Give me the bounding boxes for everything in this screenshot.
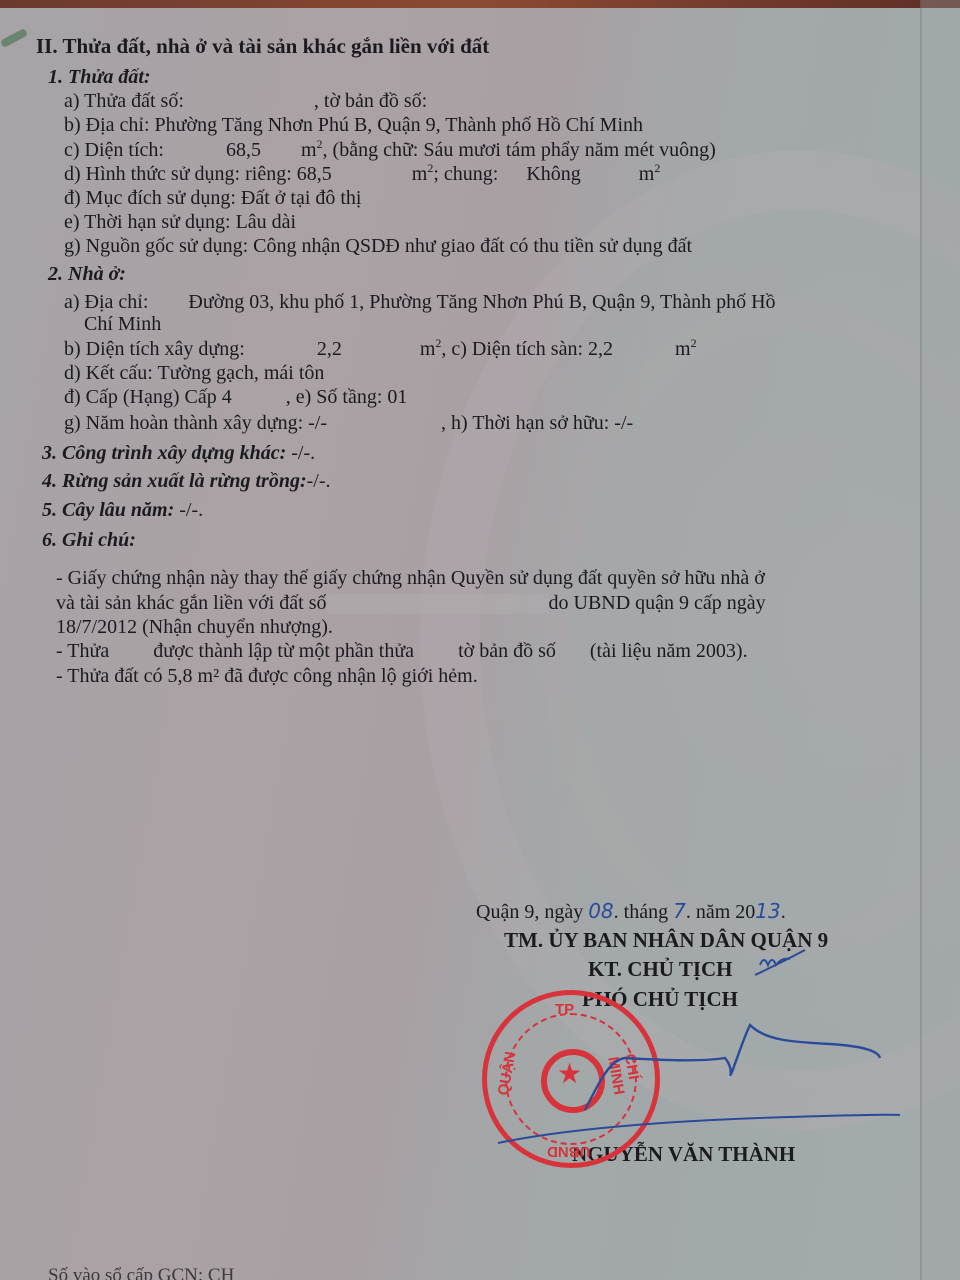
completion-label: g) Năm hoàn thành xây dựng:: [64, 412, 303, 434]
issue-day: 08: [588, 899, 613, 923]
issue-place: Quận 9, ngày: [476, 901, 583, 923]
note-3: - Thửa đất có 5,8 m² đã được công nhận l…: [56, 664, 478, 688]
perennial-trees-label: 5. Cây lâu năm:: [42, 499, 174, 521]
star-icon: ★: [557, 1061, 582, 1089]
grade-value: Cấp 4: [185, 386, 232, 408]
house-address-cont: Chí Minh: [84, 312, 161, 336]
note-2-part-d: (tài liệu năm 2003).: [590, 640, 748, 662]
parcel-label: a) Thửa đất số:: [64, 90, 184, 112]
house-grade: đ) Cấp (Hạng) Cấp 4, e) Số tầng: 01: [64, 385, 407, 409]
common-area: Không: [526, 163, 580, 185]
build-area-value: 2,2: [317, 338, 342, 360]
floors-value: 01: [387, 386, 407, 408]
issue-month: 7: [673, 899, 686, 923]
area-value: 68,5: [226, 139, 261, 161]
page-fold: [920, 0, 922, 1280]
perennial-trees-value: -/-.: [174, 499, 203, 521]
land-usage-form: d) Hình thức sử dụng: riêng: 68,5m2; chu…: [64, 162, 660, 186]
cover-edge: [0, 0, 960, 8]
ownership-term-label: , h) Thời hạn sở hữu:: [441, 412, 609, 434]
section-title: II. Thửa đất, nhà ở và tài sản khác gắn …: [36, 34, 489, 58]
notes-heading: 6. Ghi chú:: [42, 528, 136, 552]
house-heading: 2. Nhà ở:: [48, 262, 126, 286]
other-construction: 3. Công trình xây dựng khác: -/-.: [42, 441, 315, 465]
production-forest: 4. Rừng sản xuất là rừng trồng:-/-.: [42, 469, 331, 493]
floor-area-unit: m: [675, 338, 691, 360]
note-2-part-a: - Thửa: [56, 640, 109, 662]
note-2-part-c: tờ bản đồ số: [458, 640, 556, 662]
issue-year: 13: [755, 899, 780, 923]
note-1-line-2: và tài sản khác gắn liền với đất sốdo UB…: [56, 591, 766, 615]
land-address: b) Địa chỉ: Phường Tăng Nhơn Phú B, Quận…: [64, 113, 643, 137]
floor-area-label: , c) Diện tích sàn:: [441, 338, 583, 360]
build-area-unit: m: [420, 338, 436, 360]
production-forest-value: -/-.: [307, 470, 331, 492]
house-area: b) Diện tích xây dựng:2,2m2, c) Diện tíc…: [64, 337, 697, 361]
house-address: a) Địa chỉ:Đường 03, khu phố 1, Phường T…: [64, 290, 776, 314]
seal-text-bottom: UBND: [547, 1143, 590, 1160]
usage-form-label: d) Hình thức sử dụng: riêng:: [64, 163, 292, 185]
issuing-authority: TM. ỦY BAN NHÂN DÂN QUẬN 9: [504, 928, 828, 952]
floor-area-value: 2,2: [588, 338, 613, 360]
area-label: c) Diện tích:: [64, 139, 164, 161]
house-address-label: a) Địa chỉ:: [64, 291, 148, 313]
common-label: ; chung:: [433, 163, 498, 185]
land-purpose: đ) Mục đích sử dụng: Đất ở tại đô thị: [64, 186, 362, 210]
national-emblem-icon: ★: [541, 1049, 605, 1113]
land-origin: g) Nguồn gốc sử dụng: Công nhận QSDĐ như…: [64, 234, 692, 258]
note-1-part-a: và tài sản khác gắn liền với đất số: [56, 592, 327, 614]
page-fold-shade: [922, 0, 960, 1280]
note-1-part-b: do UBND quận 9 cấp ngày: [549, 592, 766, 614]
note-1-line-1: - Giấy chứng nhận này thay thế giấy chứn…: [56, 566, 765, 590]
perennial-trees: 5. Cây lâu năm: -/-.: [42, 498, 203, 522]
other-construction-value: -/-.: [286, 442, 315, 464]
note-2: - Thửađược thành lập từ một phần thửatờ …: [56, 639, 748, 663]
other-construction-label: 3. Công trình xây dựng khác:: [42, 442, 286, 464]
issue-date: Quận 9, ngày 08. tháng 7. năm 2013.: [476, 899, 786, 924]
area-unit: m: [301, 139, 317, 161]
area-in-words: , (bằng chữ: Sáu mươi tám phẩy năm mét v…: [323, 139, 716, 161]
private-area: 68,5: [297, 163, 332, 185]
land-heading: 1. Thửa đất:: [48, 65, 151, 89]
redacted-certificate-number: [327, 594, 549, 614]
map-sheet-label: , tờ bản đồ số:: [314, 90, 427, 112]
house-structure: d) Kết cấu: Tường gạch, mái tôn: [64, 361, 324, 385]
certificate-registry-number: Số vào sổ cấp GCN: CH: [48, 1264, 234, 1280]
note-1-line-3: 18/7/2012 (Nhận chuyển nhượng).: [56, 615, 333, 639]
land-parcel-number: a) Thửa đất số:, tờ bản đồ số:: [64, 89, 427, 113]
house-address-value: Đường 03, khu phố 1, Phường Tăng Nhơn Ph…: [188, 291, 775, 313]
private-unit: m: [412, 163, 428, 185]
production-forest-label: 4. Rừng sản xuất là rừng trồng:: [42, 470, 307, 492]
build-area-label: b) Diện tích xây dựng:: [64, 338, 245, 360]
signer-role-1: KT. CHỦ TỊCH: [588, 957, 733, 981]
completion-value: -/-: [308, 412, 327, 434]
house-completion: g) Năm hoàn thành xây dựng: -/-, h) Thời…: [64, 411, 633, 435]
grade-label: đ) Cấp (Hạng): [64, 386, 180, 408]
month-label: . tháng: [614, 901, 668, 923]
common-unit: m: [639, 163, 655, 185]
floors-label: , e) Số tầng:: [286, 386, 383, 408]
note-2-part-b: được thành lập từ một phần thửa: [153, 640, 414, 662]
ownership-term-value: -/-: [614, 412, 633, 434]
official-seal: ★ TP QUẬN CHÍ MINH UBND: [482, 990, 660, 1168]
seal-text-top: TP: [555, 1001, 574, 1018]
year-label: . năm 20: [686, 901, 755, 923]
land-term: e) Thời hạn sử dụng: Lâu dài: [64, 210, 296, 234]
land-area: c) Diện tích:68,5m2, (bằng chữ: Sáu mươi…: [64, 138, 716, 162]
